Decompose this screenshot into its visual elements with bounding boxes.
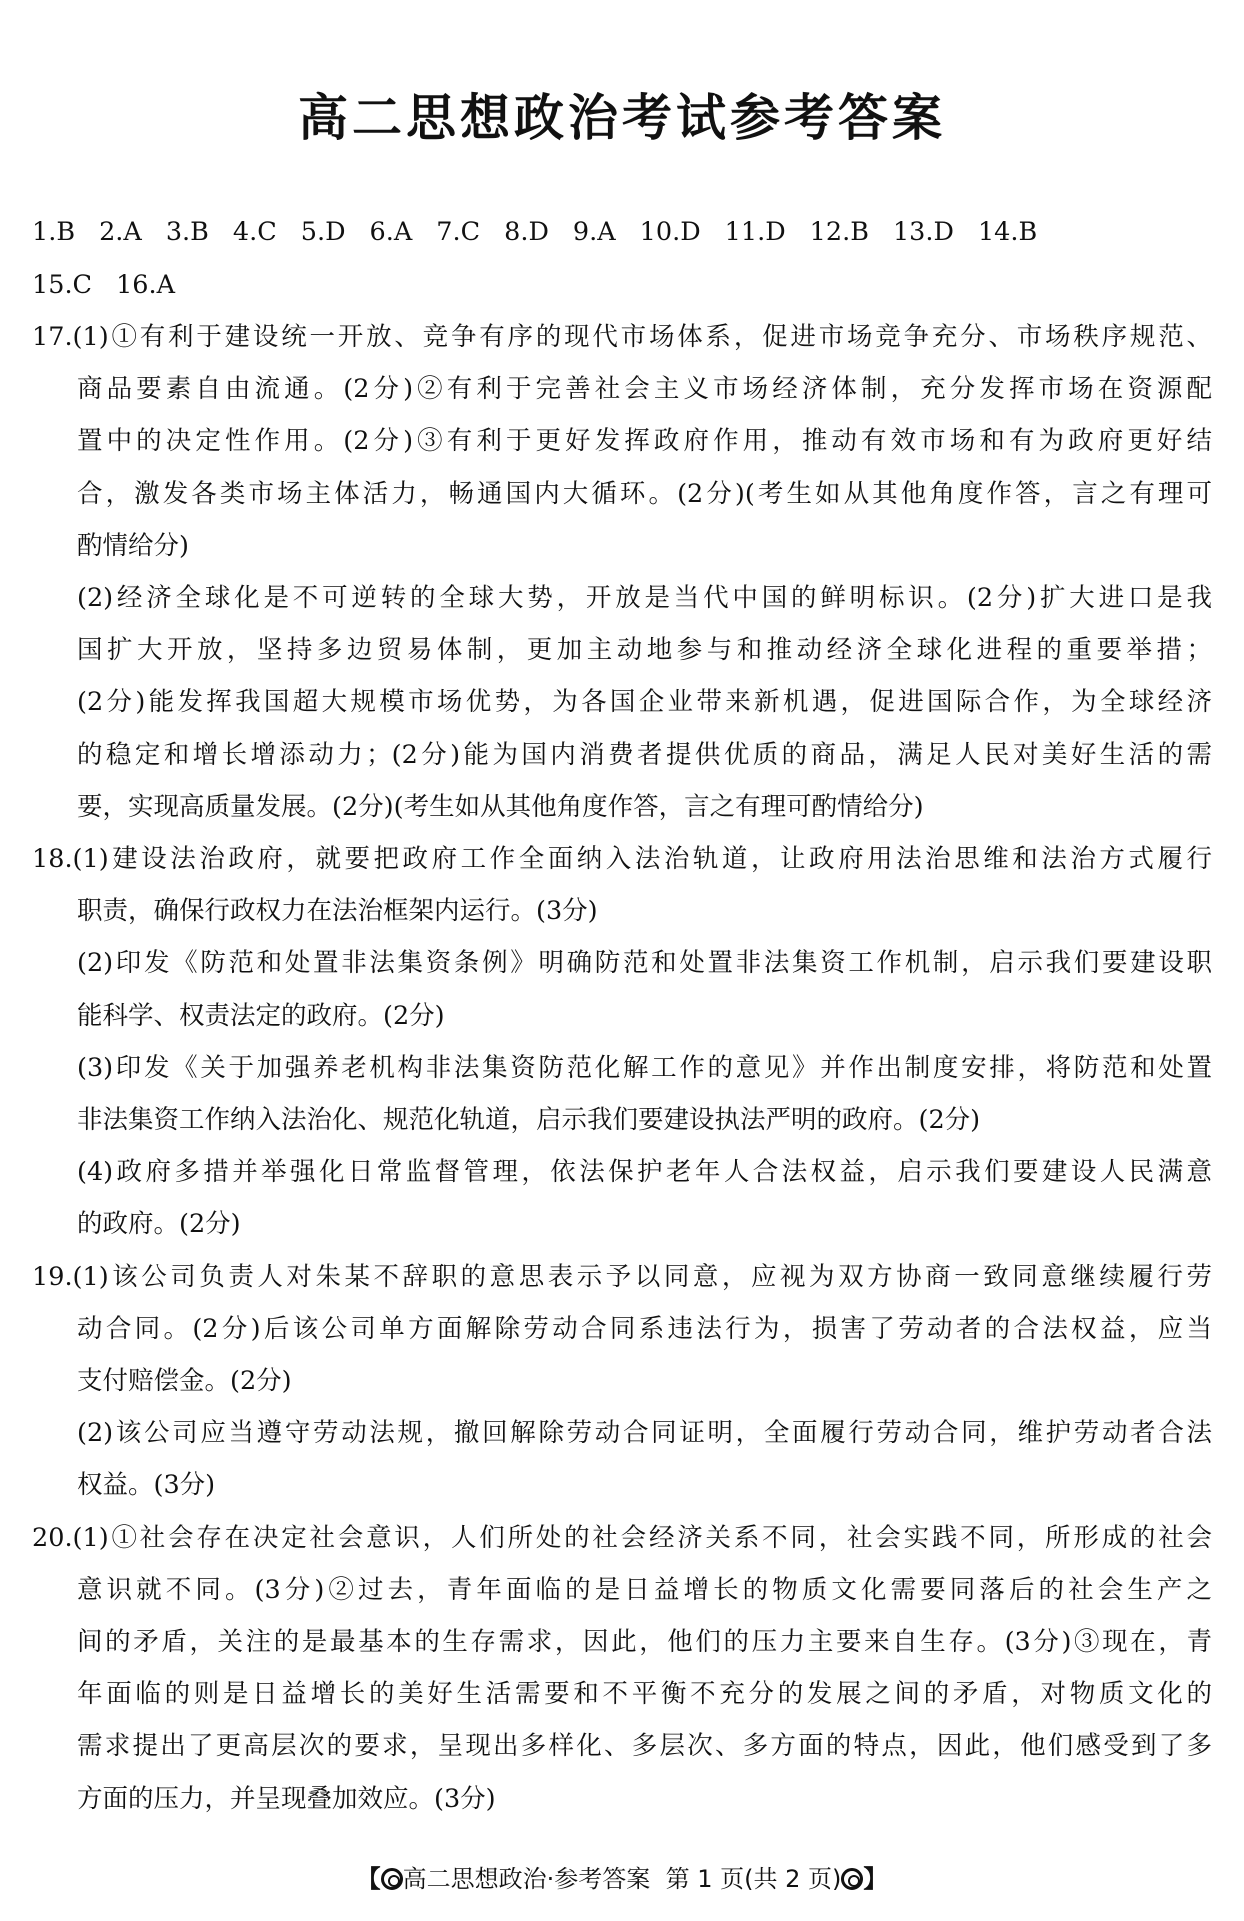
mc-answer: 11.D xyxy=(725,215,786,249)
answer-line: 职责，确保行政权力在法治框架内运行。(3分) xyxy=(77,894,1212,928)
mc-answer: 15.C xyxy=(32,268,92,302)
mc-answer: 13.D xyxy=(893,215,954,249)
mc-answer: 7.C xyxy=(436,215,480,249)
multiple-choice-answers-row-1: 1.B2.A3.B4.C5.D6.A7.C8.D9.A10.D11.D12.B1… xyxy=(32,215,1212,249)
answer-line: 要，实现高质量发展。(2分)(考生如从其他角度作答，言之有理可酌情给分) xyxy=(77,790,1212,824)
answer-line: (2)印发《防范和处置非法集资条例》明确防范和处置非法集资工作机制，启示我们要建… xyxy=(77,946,1212,980)
page-title: 高二思想政治考试参考答案 xyxy=(0,88,1244,148)
mc-answer: 4.C xyxy=(233,215,277,249)
answer-line: 的政府。(2分) xyxy=(77,1207,1212,1241)
footer-left-bracket: 【 xyxy=(357,1865,381,1893)
footer-subject: 高二思想政治·参考答案 xyxy=(403,1865,651,1893)
footer-page-info: 第 1 页(共 2 页) xyxy=(666,1865,842,1893)
answer-line: 权益。(3分) xyxy=(77,1468,1212,1502)
answer-line: (2)该公司应当遵守劳动法规，撤回解除劳动合同证明，全面履行劳动合同，维护劳动者… xyxy=(77,1416,1212,1450)
answer-line: 需求提出了更高层次的要求，呈现出多样化、多层次、多方面的特点，因此，他们感受到了… xyxy=(77,1729,1212,1763)
answer-line: 19.(1)该公司负责人对朱某不辞职的意思表示予以同意，应视为双方协商一致同意继… xyxy=(32,1260,1212,1294)
answer-line: 动合同。(2分)后该公司单方面解除劳动合同系违法行为，损害了劳动者的合法权益，应… xyxy=(77,1312,1212,1346)
mc-answer: 1.B xyxy=(32,215,75,249)
target-icon xyxy=(841,1868,863,1890)
footer-right-bracket: 】 xyxy=(863,1865,887,1893)
answer-line: (3)印发《关于加强养老机构非法集资防范化解工作的意见》并作出制度安排，将防范和… xyxy=(77,1051,1212,1085)
answer-line: 17.(1)①有利于建设统一开放、竞争有序的现代市场体系，促进市场竞争充分、市场… xyxy=(32,320,1212,354)
answer-line: (4)政府多措并举强化日常监督管理，依法保护老年人合法权益，启示我们要建设人民满… xyxy=(77,1155,1212,1189)
answer-line: 置中的决定性作用。(2分)③有利于更好发挥政府作用，推动有效市场和有为政府更好结 xyxy=(77,424,1212,458)
answer-line: 国扩大开放，坚持多边贸易体制，更加主动地参与和推动经济全球化进程的重要举措； xyxy=(77,633,1212,667)
target-icon xyxy=(381,1868,403,1890)
answer-line: 酌情给分) xyxy=(77,529,1212,563)
mc-answer: 8.D xyxy=(504,215,549,249)
page-footer: 【高二思想政治·参考答案 第 1 页(共 2 页)】 xyxy=(0,1862,1244,1896)
mc-answer: 3.B xyxy=(166,215,209,249)
answer-line: 方面的压力，并呈现叠加效应。(3分) xyxy=(77,1782,1212,1816)
mc-answer: 9.A xyxy=(573,215,616,249)
mc-answer: 14.B xyxy=(978,215,1037,249)
answer-line: (2)经济全球化是不可逆转的全球大势，开放是当代中国的鲜明标识。(2分)扩大进口… xyxy=(77,581,1212,615)
answer-line: 18.(1)建设法治政府，就要把政府工作全面纳入法治轨道，让政府用法治思维和法治… xyxy=(32,842,1212,876)
mc-answer: 6.A xyxy=(370,215,413,249)
answer-line: 年面临的则是日益增长的美好生活需要和不平衡不充分的发展之间的矛盾，对物质文化的 xyxy=(77,1677,1212,1711)
multiple-choice-answers-row-2: 15.C16.A xyxy=(32,268,1212,302)
mc-answer: 2.A xyxy=(99,215,142,249)
answer-line: 非法集资工作纳入法治化、规范化轨道，启示我们要建设执法严明的政府。(2分) xyxy=(77,1103,1212,1137)
answer-line: (2分)能发挥我国超大规模市场优势，为各国企业带来新机遇，促进国际合作，为全球经… xyxy=(77,685,1212,719)
mc-answer: 16.A xyxy=(116,268,175,302)
answer-line: 意识就不同。(3分)②过去，青年面临的是日益增长的物质文化需要同落后的社会生产之 xyxy=(77,1573,1212,1607)
answer-line: 合，激发各类市场主体活力，畅通国内大循环。(2分)(考生如从其他角度作答，言之有… xyxy=(77,477,1212,511)
answer-line: 能科学、权责法定的政府。(2分) xyxy=(77,999,1212,1033)
answer-line: 商品要素自由流通。(2分)②有利于完善社会主义市场经济体制，充分发挥市场在资源配 xyxy=(77,372,1212,406)
answer-line: 的稳定和增长增添动力；(2分)能为国内消费者提供优质的商品，满足人民对美好生活的… xyxy=(77,738,1212,772)
mc-answer: 5.D xyxy=(301,215,346,249)
answer-line: 20.(1)①社会存在决定社会意识，人们所处的社会经济关系不同，社会实践不同，所… xyxy=(32,1521,1212,1555)
answer-line: 支付赔偿金。(2分) xyxy=(77,1364,1212,1398)
answer-line: 间的矛盾，关注的是最基本的生存需求，因此，他们的压力主要来自生存。(3分)③现在… xyxy=(77,1625,1212,1659)
mc-answer: 10.D xyxy=(640,215,701,249)
mc-answer: 12.B xyxy=(810,215,869,249)
